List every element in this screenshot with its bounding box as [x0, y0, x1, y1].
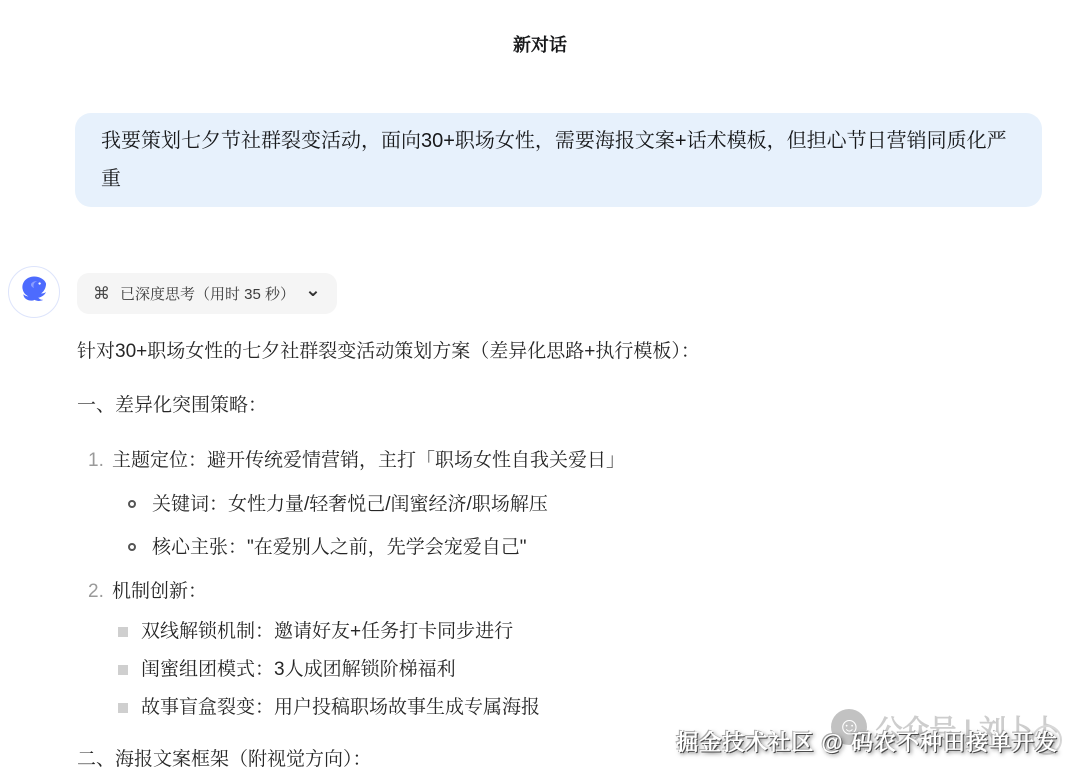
deepseek-whale-icon — [17, 273, 51, 312]
list-item-number: 2. — [88, 578, 112, 606]
chat-page: 新对话 我要策划七夕节社群裂变活动，面向30+职场女性，需要海报文案+话术模板，… — [0, 0, 1080, 775]
list-item: 关键词：女性力量/轻奢悦己/闺蜜经济/职场解压 — [128, 491, 1040, 519]
deep-think-toggle[interactable]: ⌘ 已深度思考（用时 35 秒） ⌄ — [77, 273, 337, 314]
list-item: 双线解锁机制：邀请好友+任务打卡同步进行 — [118, 618, 1040, 646]
response-intro: 针对30+职场女性的七夕社群裂变活动策划方案（差异化思路+执行模板）： — [77, 338, 1040, 366]
list-item: 1. 主题定位：避开传统爱情营销，主打「职场女性自我关爱日」 — [88, 447, 1040, 475]
list-item-text: 关键词：女性力量/轻奢悦己/闺蜜经济/职场解压 — [152, 491, 548, 519]
section-heading-1: 一、差异化突围策略： — [77, 392, 1040, 420]
list-item: 2. 机制创新： — [88, 578, 1040, 606]
deep-think-icon: ⌘ — [93, 285, 110, 302]
list-item: 核心主张："在爱别人之前，先学会宠爱自己" — [128, 534, 1040, 562]
list-item-text: 机制创新： — [112, 578, 207, 606]
list-item-text: 双线解锁机制：邀请好友+任务打卡同步进行 — [141, 618, 513, 646]
square-bullet-icon — [118, 665, 128, 675]
assistant-avatar — [8, 266, 60, 318]
square-bullet-icon — [118, 627, 128, 637]
list-item-text: 主题定位：避开传统爱情营销，主打「职场女性自我关爱日」 — [112, 447, 625, 475]
assistant-response: 针对30+职场女性的七夕社群裂变活动策划方案（差异化思路+执行模板）： 一、差异… — [77, 338, 1040, 774]
square-bullet-icon — [118, 703, 128, 713]
list-item-text: 核心主张："在爱别人之前，先学会宠爱自己" — [152, 534, 527, 562]
page-title: 新对话 — [0, 31, 1080, 57]
list-item-text: 闺蜜组团模式：3人成团解锁阶梯福利 — [141, 656, 456, 684]
user-message-bubble: 我要策划七夕节社群裂变活动，面向30+职场女性，需要海报文案+话术模板，但担心节… — [75, 113, 1042, 207]
list-item: 闺蜜组团模式：3人成团解锁阶梯福利 — [118, 656, 1040, 684]
circle-bullet-icon — [128, 500, 136, 508]
circle-bullet-icon — [128, 543, 136, 551]
chevron-down-icon: ⌄ — [305, 285, 321, 296]
section-heading-2: 二、海报文案框架（附视觉方向）： — [77, 746, 1040, 774]
user-message-text: 我要策划七夕节社群裂变活动，面向30+职场女性，需要海报文案+话术模板，但担心节… — [101, 130, 1007, 190]
list-item-text: 故事盲盒裂变：用户投稿职场故事生成专属海报 — [141, 694, 540, 722]
list-item: 故事盲盒裂变：用户投稿职场故事生成专属海报 — [118, 694, 1040, 722]
list-item-number: 1. — [88, 447, 112, 475]
deep-think-label: 已深度思考（用时 35 秒） — [120, 283, 295, 304]
